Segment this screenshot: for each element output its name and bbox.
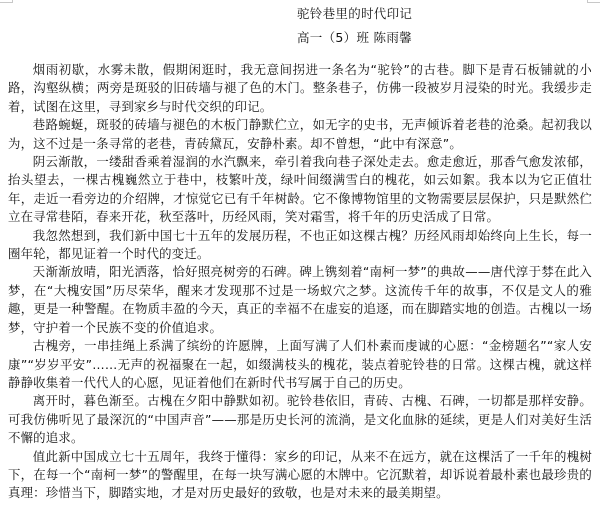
crop-mark-top-right-vertical — [587, 0, 588, 3]
paragraph: 烟雨初歇，水雾未散，假期闲逛时，我无意间拐进一条名为“驼铃”的古巷。脚下是青石板… — [8, 61, 592, 116]
crop-mark-top-left — [0, 2, 12, 3]
paragraph: 天渐渐放晴，阳光洒落，恰好照亮树旁的石碑。碑上镌刻着“南柯一梦”的典故——唐代淳… — [8, 263, 592, 337]
document-body: 烟雨初歇，水雾未散，假期闲逛时，我无意间拐进一条名为“驼铃”的古巷。脚下是青石板… — [8, 61, 592, 503]
document-title: 驼铃巷里的时代印记 — [297, 2, 417, 26]
crop-mark-top-left-vertical — [12, 0, 13, 3]
crop-mark-top-right — [588, 2, 600, 3]
paragraph: 值此新中国成立七十五周年，我终于懂得：家乡的印记，从来不在远方，就在这棵活了一千… — [8, 448, 592, 503]
document-author: 高一（5）班 陈雨馨 — [297, 26, 417, 50]
paragraph: 离开时，暮色渐至。古槐在夕阳中静默如初。驼铃巷依旧，青砖、古槐、石碑，一切都是那… — [8, 392, 592, 447]
paragraph: 我忽然想到，我们新中国七十五年的发展历程，不也正如这棵古槐？历经风雨却始终向上生… — [8, 227, 592, 264]
paragraph: 古槐旁，一串挂绳上系满了缤纷的许愿牌，上面写满了人们朴素而虔诚的心愿：“金榜题名… — [8, 337, 592, 392]
paragraph: 阴云渐散，一缕甜香乘着湿润的水汽飘来，牵引着我向巷子深处走去。愈走愈近，那香气愈… — [8, 153, 592, 227]
document-header: 驼铃巷里的时代印记 高一（5）班 陈雨馨 — [297, 2, 417, 50]
paragraph: 巷路蜿蜒，斑驳的砖墙与褪色的木板门静默伫立，如无字的史书，无声倾诉着老巷的沧桑。… — [8, 116, 592, 153]
